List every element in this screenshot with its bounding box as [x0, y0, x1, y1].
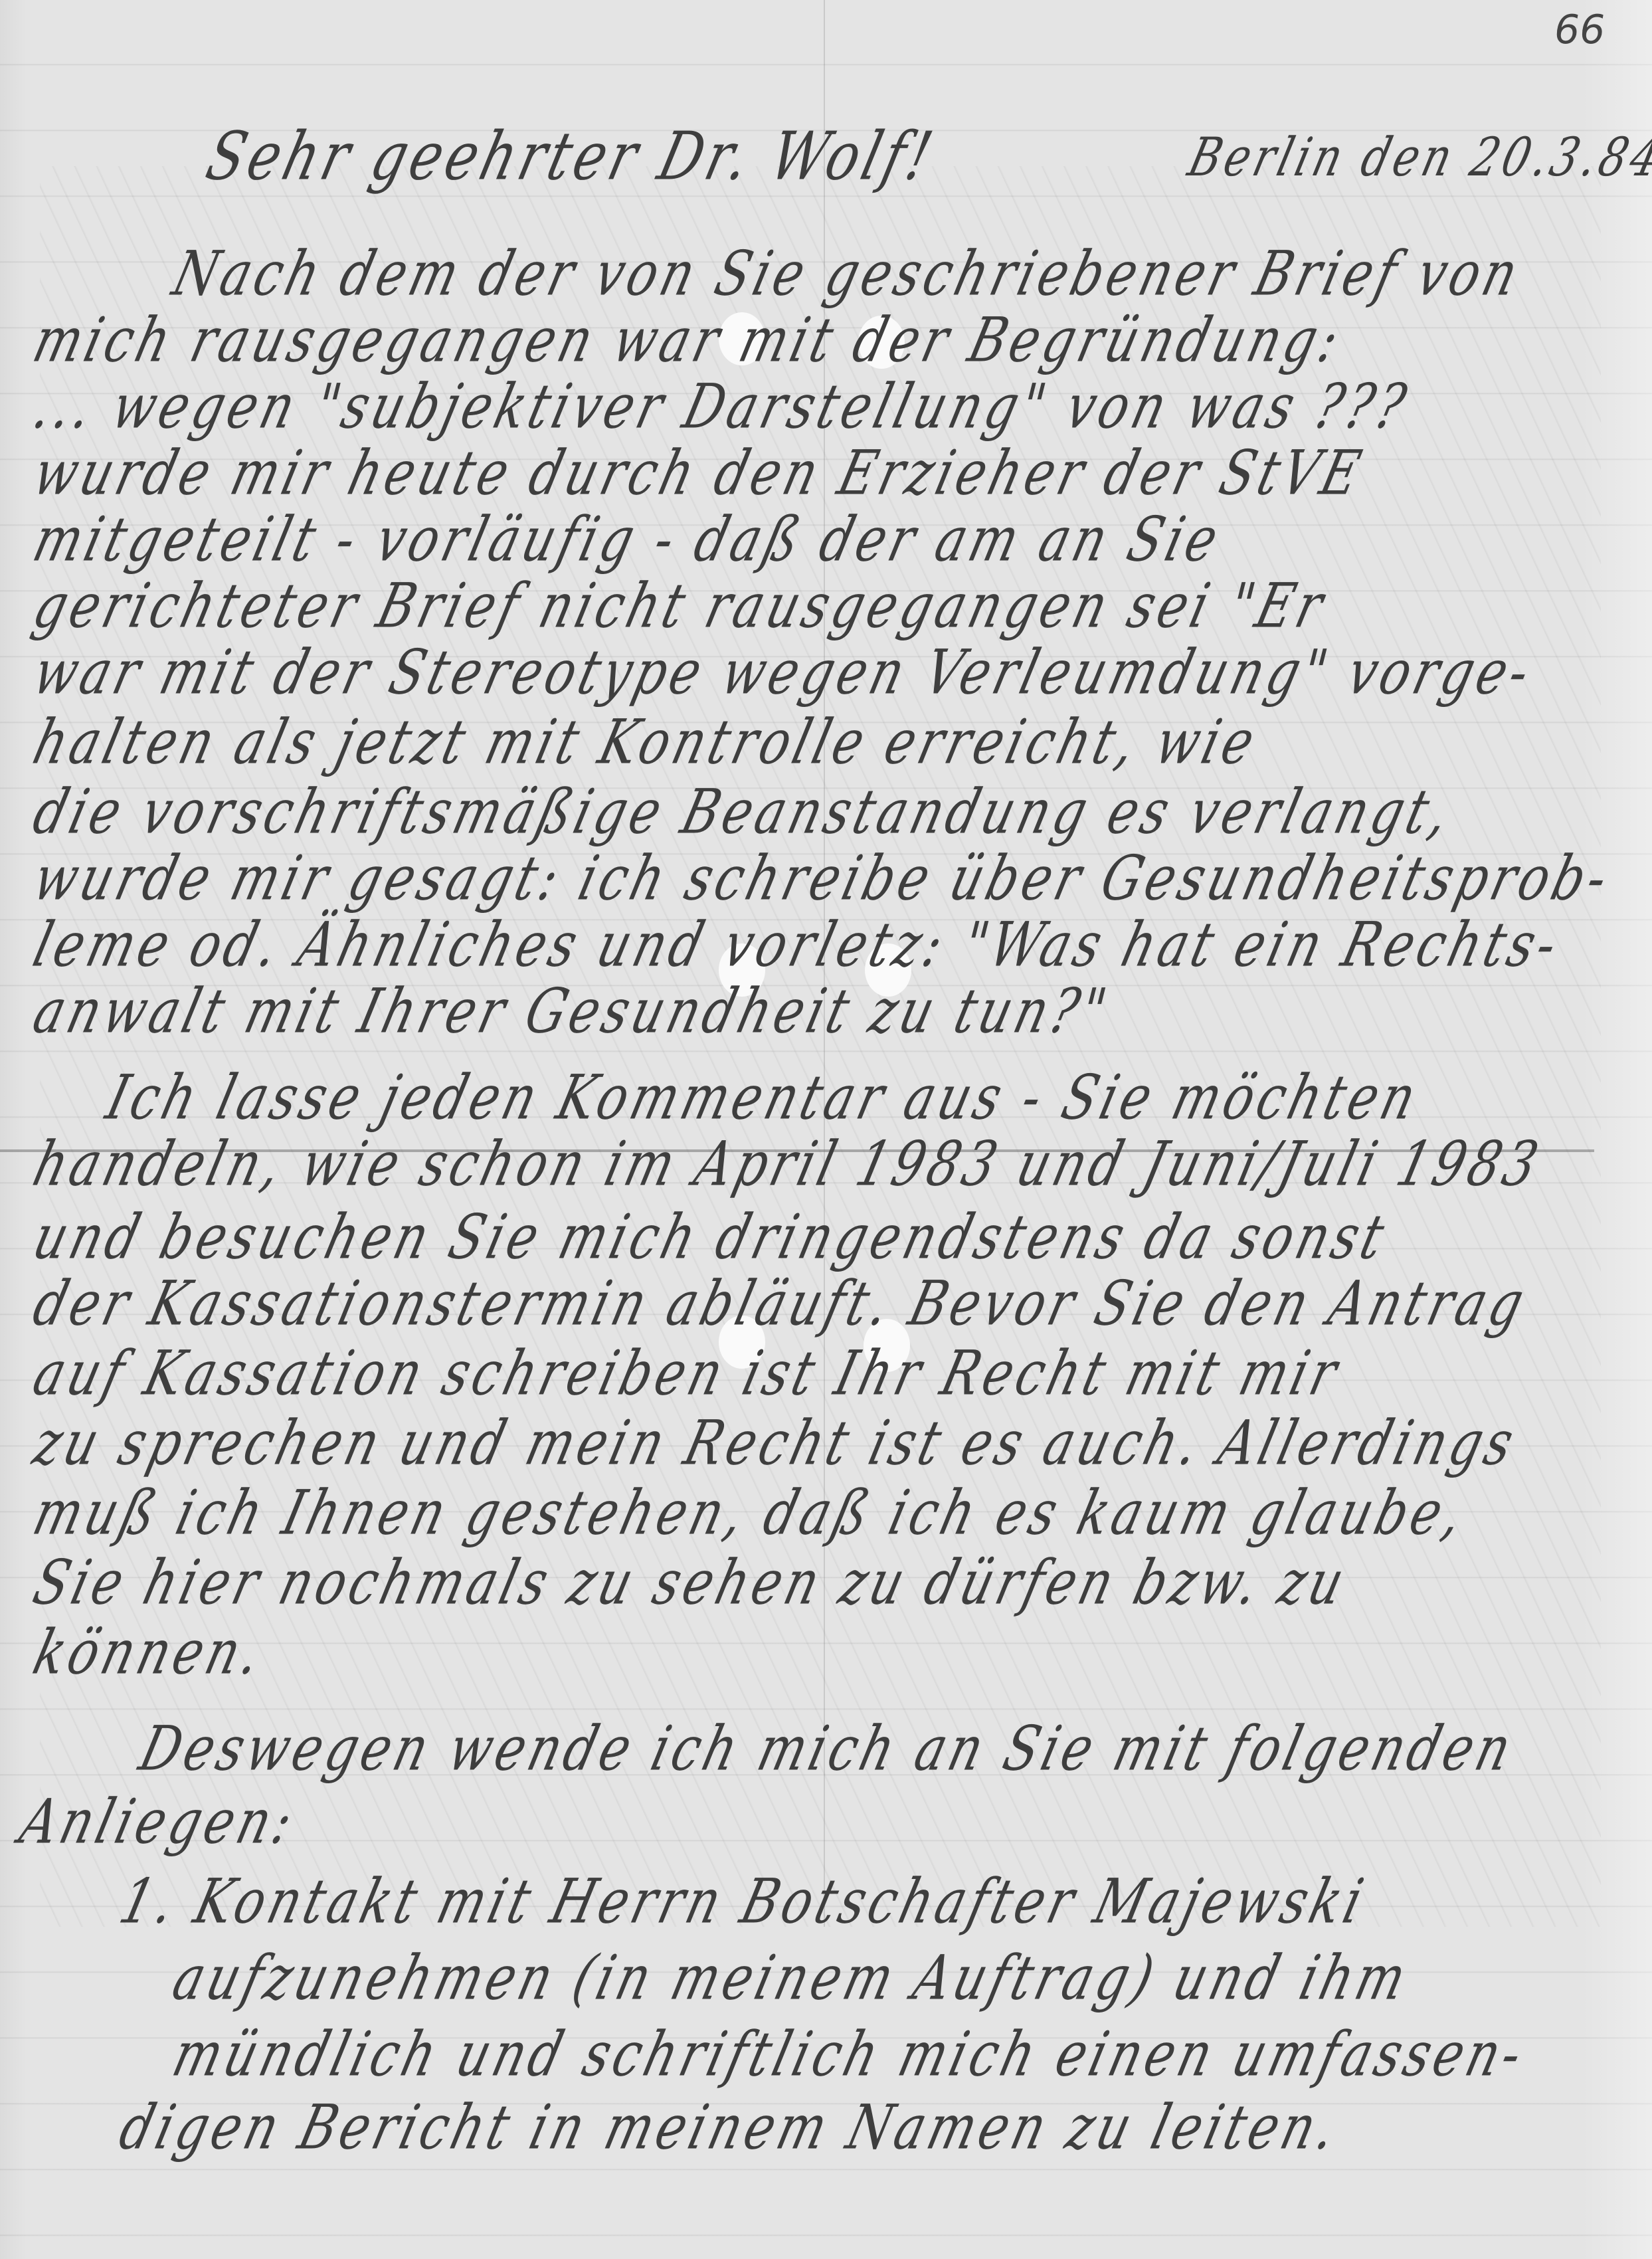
letter-line: auf Kassation schreiben ist Ihr Recht mi… — [27, 1338, 1348, 1410]
letter-line: handeln, wie schon im April 1983 und Jun… — [27, 1129, 1548, 1201]
list-item: 1. Kontakt mit Herrn Botschafter Majewsk… — [113, 1866, 1374, 1938]
letter-line: anwalt mit Ihrer Gesundheit zu tun?" — [27, 976, 1117, 1048]
letter-line: mitgeteilt - vorläufig - daß der am an S… — [27, 504, 1229, 576]
letter-line: wurde mir gesagt: ich schreibe über Gesu… — [27, 843, 1618, 915]
letter-line: Nach dem der von Sie geschriebener Brief… — [166, 239, 1528, 310]
salutation: Sehr geehrter Dr. Wolf! — [199, 118, 943, 195]
letter-line: die vorschriftsmäßige Beanstandung es ve… — [27, 777, 1460, 848]
letter-line: Ich lasse jeden Kommentar aus - Sie möch… — [100, 1062, 1427, 1134]
letter-line: war mit der Stereotype wegen Verleumdung… — [27, 637, 1540, 709]
place-date: Berlin den 20.3.84 — [1182, 128, 1652, 189]
letter-line: zu sprechen und mein Recht ist es auch. … — [27, 1408, 1524, 1480]
letter-line: wurde mir heute durch den Erzieher der S… — [27, 438, 1371, 510]
list-item-continuation: mündlich und schriftlich mich einen umfa… — [166, 2019, 1532, 2091]
letter-line: halten als jetzt mit Kontrolle erreicht,… — [27, 707, 1265, 779]
list-item-continuation: digen Bericht in meinem Namen zu leiten. — [113, 2092, 1346, 2164]
letter-line: leme od. Ähnliches und vorletz: "Was hat… — [27, 910, 1568, 981]
letter-line: der Kassationstermin abläuft. Bevor Sie … — [27, 1268, 1534, 1340]
page-number: 66 — [1554, 7, 1605, 53]
list-item-continuation: aufzunehmen (in meinem Auftrag) und ihm — [166, 1943, 1417, 2014]
letter-line: mich rausgegangen war mit der Begründung… — [27, 305, 1350, 377]
letter-line: können. — [27, 1617, 271, 1689]
letter-line: ... wegen "subjektiver Darstellung" von … — [27, 371, 1416, 443]
letter-line: gerichteter Brief nicht rausgegangen sei… — [27, 571, 1334, 642]
letter-line: muß ich Ihnen gestehen, daß ich es kaum … — [27, 1478, 1473, 1549]
letter-line: Sie hier nochmals zu sehen zu dürfen bzw… — [27, 1547, 1354, 1619]
letter-line: Anliegen: — [13, 1787, 304, 1858]
letter-line: Deswegen wende ich mich an Sie mit folge… — [133, 1714, 1522, 1785]
letter-line: und besuchen Sie mich dringendstens da s… — [27, 1202, 1395, 1274]
